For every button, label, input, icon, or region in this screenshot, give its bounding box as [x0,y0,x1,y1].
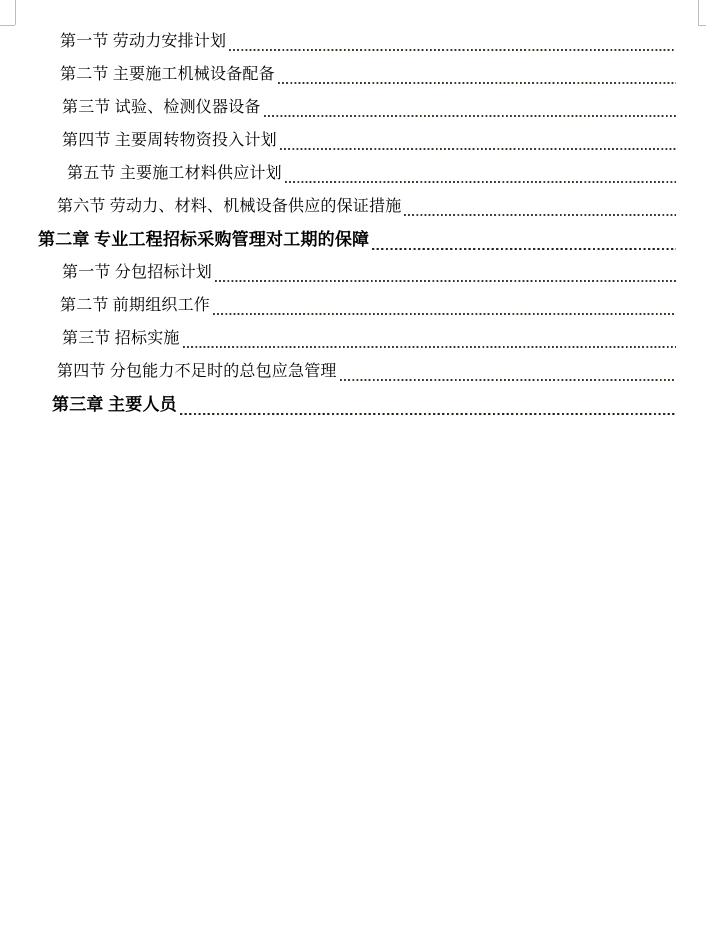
toc-entry-label: 第一节 劳动力安排计划 [60,25,226,58]
crop-mark-top-left-vertical [15,0,16,25]
toc-entry[interactable]: 第一节 劳动力安排计划 [60,25,676,58]
dot-leader [280,148,676,150]
toc-entry[interactable]: 第四节 分包能力不足时的总包应急管理 [57,355,676,388]
toc-entry-label: 第三节 试验、检测仪器设备 [62,91,261,124]
dot-leader [404,214,676,216]
dot-leader [180,413,676,416]
toc-entry-label: 第四节 主要周转物资投入计划 [62,124,277,157]
toc-entry-label: 第六节 劳动力、材料、机械设备供应的保证措施 [57,190,401,223]
toc-entry[interactable]: 第三节 招标实施 [62,322,676,355]
toc-entry[interactable]: 第六节 劳动力、材料、机械设备供应的保证措施 [57,190,676,223]
toc-entry[interactable]: 第三节 试验、检测仪器设备 [62,91,676,124]
crop-mark-top-right-horizontal [698,25,706,26]
dot-leader [215,280,676,282]
dot-leader [372,248,676,251]
toc-entry-label: 第二节 主要施工机械设备配备 [60,58,275,91]
toc-entry[interactable]: 第一节 分包招标计划 [62,256,676,289]
toc-entry[interactable]: 第四节 主要周转物资投入计划 [62,124,676,157]
table-of-contents: 第一节 劳动力安排计划 第二节 主要施工机械设备配备 第三节 试验、检测仪器设备… [0,25,676,421]
toc-entry-label: 第二节 前期组织工作 [60,289,210,322]
dot-leader [183,346,676,348]
dot-leader [278,82,676,84]
document-page: 第一节 劳动力安排计划 第二节 主要施工机械设备配备 第三节 试验、检测仪器设备… [0,0,706,946]
toc-entry-label: 第四节 分包能力不足时的总包应急管理 [57,355,337,388]
toc-entry[interactable]: 第二节 前期组织工作 [60,289,676,322]
dot-leader [213,313,676,315]
toc-entry[interactable]: 第三章 主要人员 [52,388,676,421]
dot-leader [285,181,676,183]
toc-entry-label: 第三章 主要人员 [52,388,177,421]
toc-entry-label: 第三节 招标实施 [62,322,180,355]
crop-mark-top-right-vertical [698,0,699,25]
dot-leader [340,379,676,381]
dot-leader [229,49,676,51]
toc-entry-label: 第二章 专业工程招标采购管理对工期的保障 [38,223,369,256]
toc-entry-label: 第一节 分包招标计划 [62,256,212,289]
toc-entry[interactable]: 第二节 主要施工机械设备配备 [60,58,676,91]
dot-leader [264,115,676,117]
toc-entry[interactable]: 第二章 专业工程招标采购管理对工期的保障 [38,223,676,256]
toc-entry-label: 第五节 主要施工材料供应计划 [67,157,282,190]
toc-entry[interactable]: 第五节 主要施工材料供应计划 [67,157,676,190]
